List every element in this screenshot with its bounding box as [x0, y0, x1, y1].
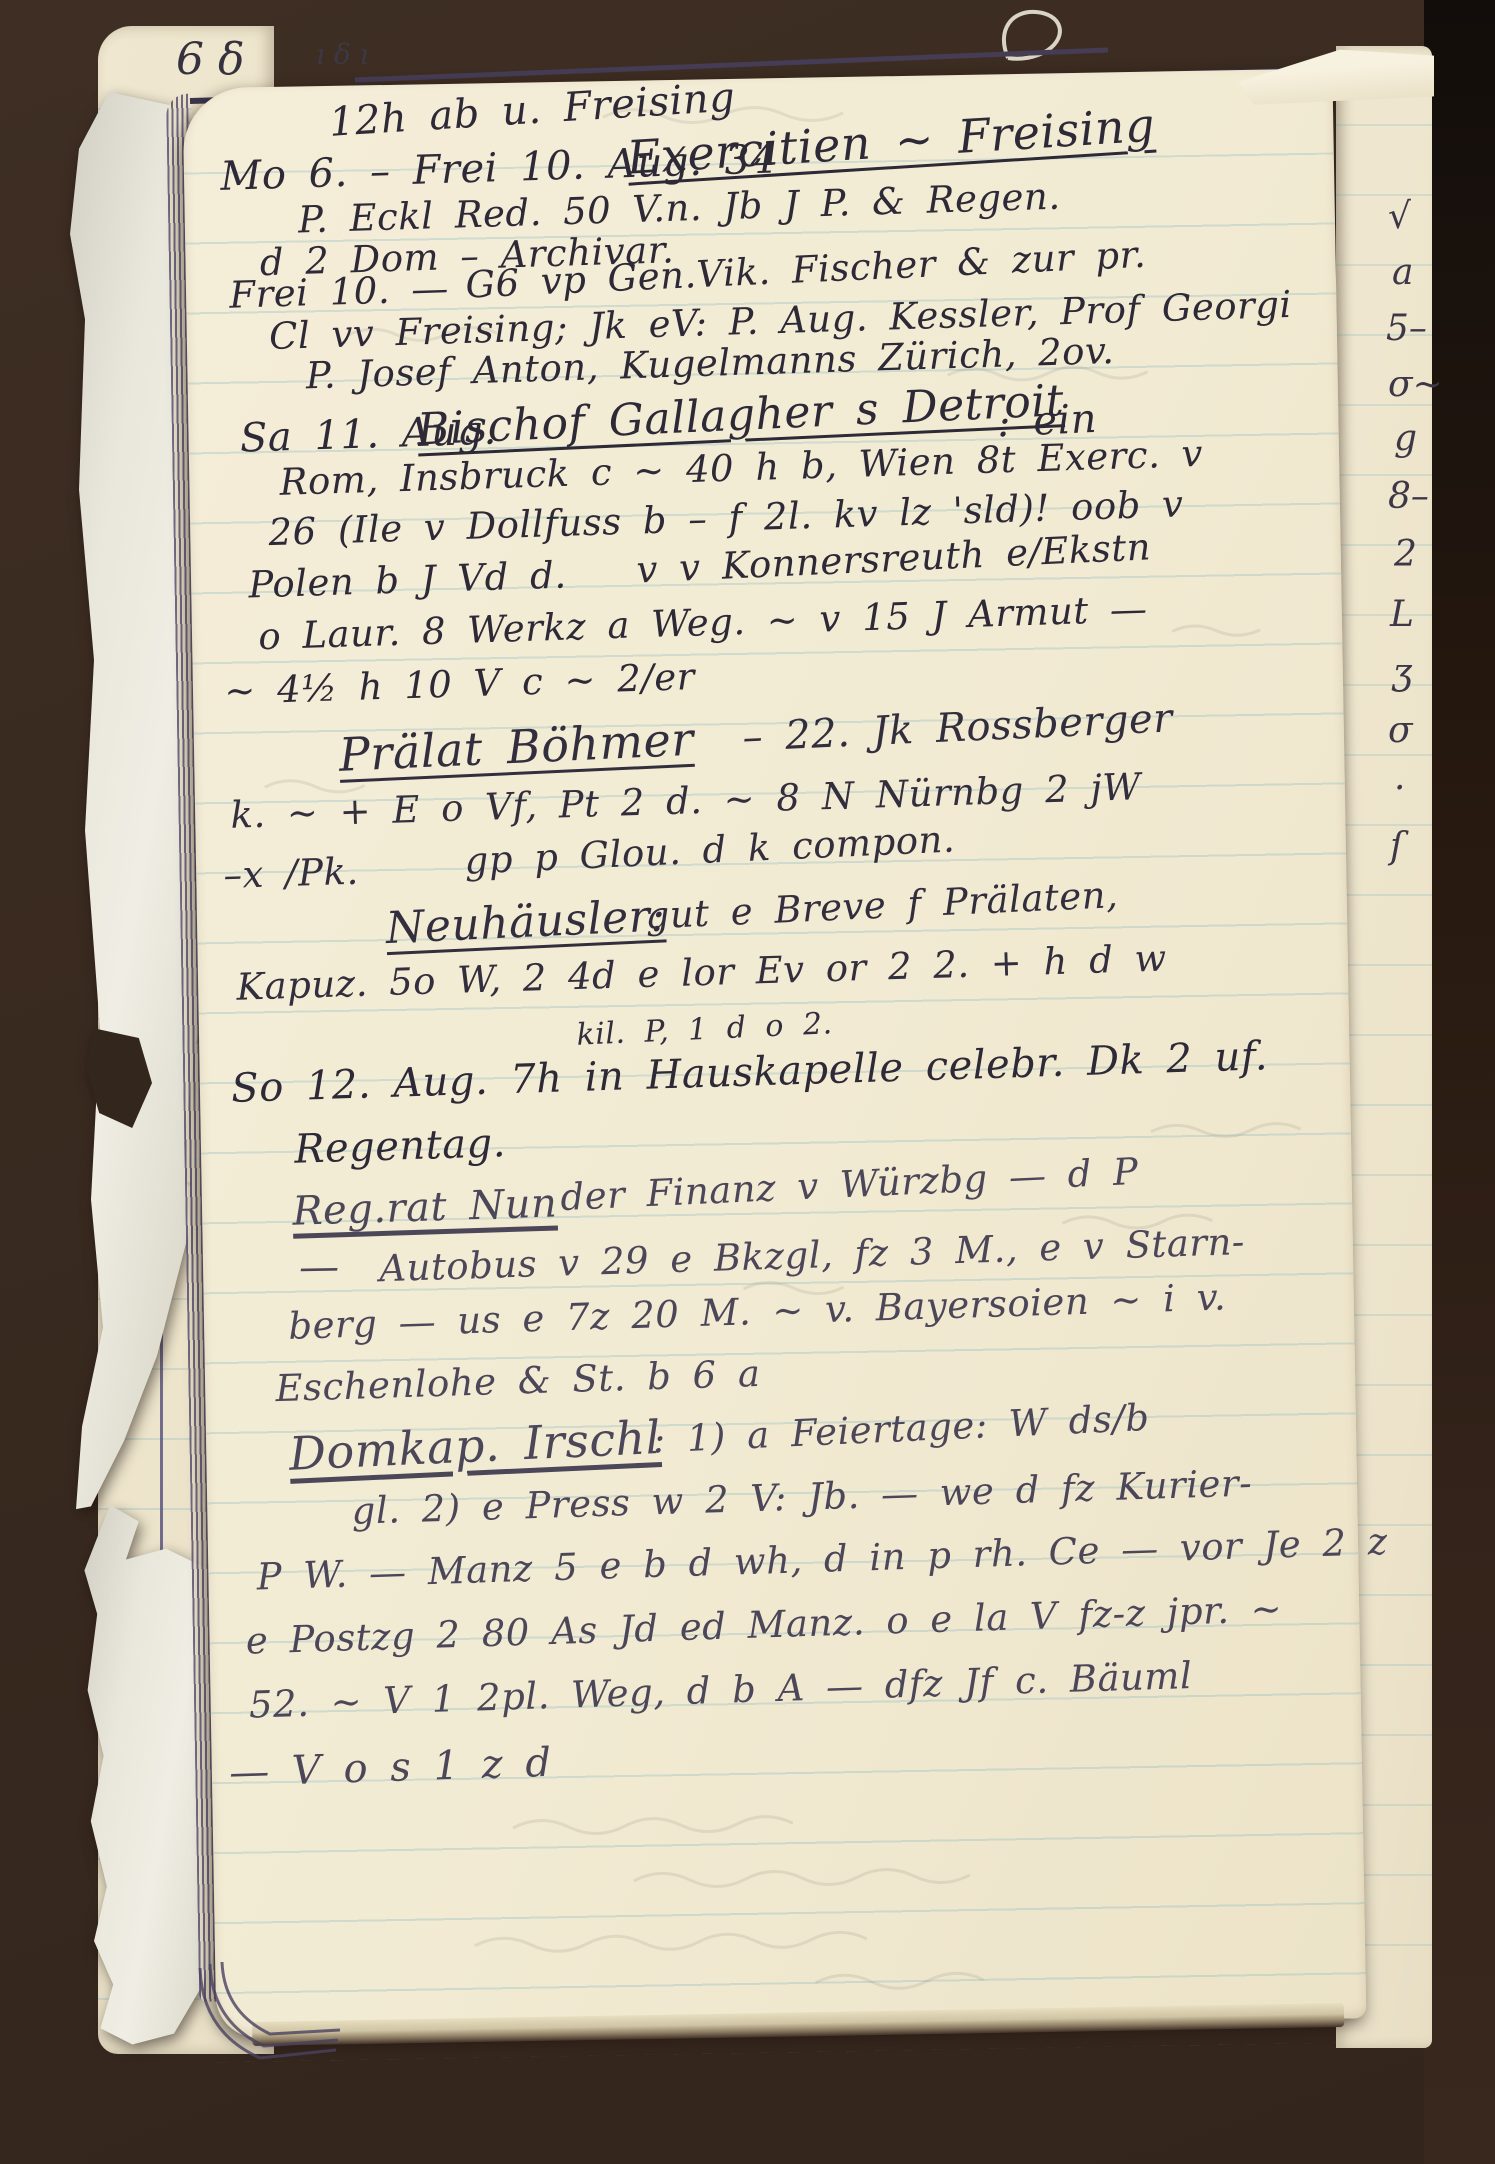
edge-fragment: σ∼	[1388, 364, 1443, 405]
edge-fragment: L	[1390, 594, 1414, 635]
edge-fragment: ʒ	[1392, 652, 1412, 693]
edge-fragment: 5–	[1386, 308, 1427, 349]
diary-line: —	[299, 1244, 340, 1291]
edge-fragment: ſ	[1390, 826, 1403, 867]
diary-page: 12h ab u. Freising Mo 6. – Frei 10. Aug.…	[182, 68, 1366, 2038]
edge-fragment: σ	[1388, 710, 1413, 751]
edge-fragment: ·	[1394, 768, 1405, 809]
page-stack-corner-arcs	[196, 1962, 346, 2082]
diary-line: Frei 10. —	[229, 267, 450, 317]
edge-fragment: g	[1394, 418, 1417, 459]
edge-fragment: 2	[1394, 534, 1417, 575]
diary-photo-scene: { "document_kind": "handwritten diary pa…	[0, 0, 1495, 2164]
diary-line: –x /Pk.	[223, 850, 359, 897]
edge-fragment: 8–	[1388, 476, 1429, 517]
book-cover-edge	[1424, 0, 1495, 2164]
diary-heading-regrat: Reg.rat Nun	[292, 1180, 558, 1234]
edge-fragment: a	[1392, 252, 1413, 293]
edge-fragment: √	[1388, 196, 1411, 237]
diary-line: Regentag.	[294, 1120, 507, 1173]
